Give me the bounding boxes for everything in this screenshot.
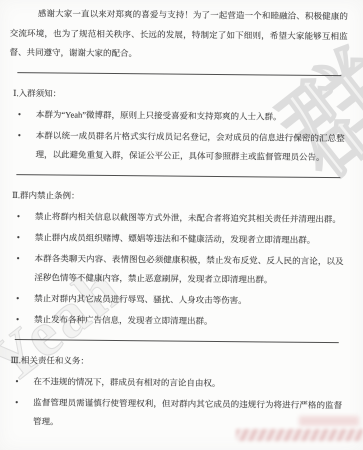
- rule-item: 在不违规的情况下，群成员有相对的言论自由权。: [6, 371, 344, 394]
- section-heading-responsibilities: Ⅲ.相关责任和义务：: [10, 351, 344, 374]
- rule-item: 禁止群内成员组织赌博、嫖娼等违法和不健康活动，发现者立即清理出群。: [8, 227, 346, 250]
- section-divider: [16, 174, 340, 178]
- rule-list-join-notice: 本群为“Yeah”微博群，原则上只接受喜爱和支持郑爽的人士入群。 本群以统一成员…: [8, 104, 347, 167]
- document-content: 感谢大家一直以来对郑爽的喜爱与支持！为了一起营造一个和睦融洽、积极健康的交流环境…: [6, 4, 348, 435]
- rule-list-prohibitions: 禁止将群内相关信息以截图等方式外泄，未配合者将追究其相关责任并清理出群。 禁止群…: [7, 206, 346, 332]
- rule-item: 禁止对群内其它成员进行辱骂、骚扰、人身攻击等伤害。: [7, 289, 345, 312]
- intro-paragraph: 感谢大家一直以来对郑爽的喜爱与支持！为了一起营造一个和睦融洽、积极健康的交流环境…: [9, 4, 348, 66]
- section-heading-join-notice: Ⅰ.入群须知：: [13, 84, 347, 107]
- document-page: 群 Yeah 感谢大家一直以来对郑爽的喜爱与支持！为了一起营造一个和睦融洽、积极…: [0, 0, 363, 450]
- rule-item: 禁止发布各种广告信息，发现者立即清理出群。: [7, 310, 345, 333]
- rule-item: 监督管理员需谨慎行使管理权利，但对群内其它成员的违规行为将进行严格的监督管理。: [6, 392, 344, 434]
- rule-item: 禁止将群内相关信息以截图等方式外泄，未配合者将追究其相关责任并清理出群。: [8, 206, 346, 229]
- section-divider: [15, 339, 339, 343]
- rule-list-responsibilities: 在不违规的情况下，群成员有相对的言论自由权。 监督管理员需谨慎行使管理权利，但对…: [6, 371, 345, 434]
- section-heading-prohibitions: Ⅱ.群内禁止条例：: [12, 186, 346, 209]
- rule-item: 本群以统一成员群名片格式实行成员记名登记，会对成员的信息进行保密的汇总整理，以此…: [8, 125, 346, 167]
- rule-item: 本群为“Yeah”微博群，原则上只接受喜爱和支持郑爽的人士入群。: [9, 104, 347, 127]
- rule-item: 本群各类聊天内容、表情图包必须健康积极，禁止发布反党、反人民的言论，以及淫秽色情…: [7, 248, 345, 290]
- section-divider: [17, 72, 341, 76]
